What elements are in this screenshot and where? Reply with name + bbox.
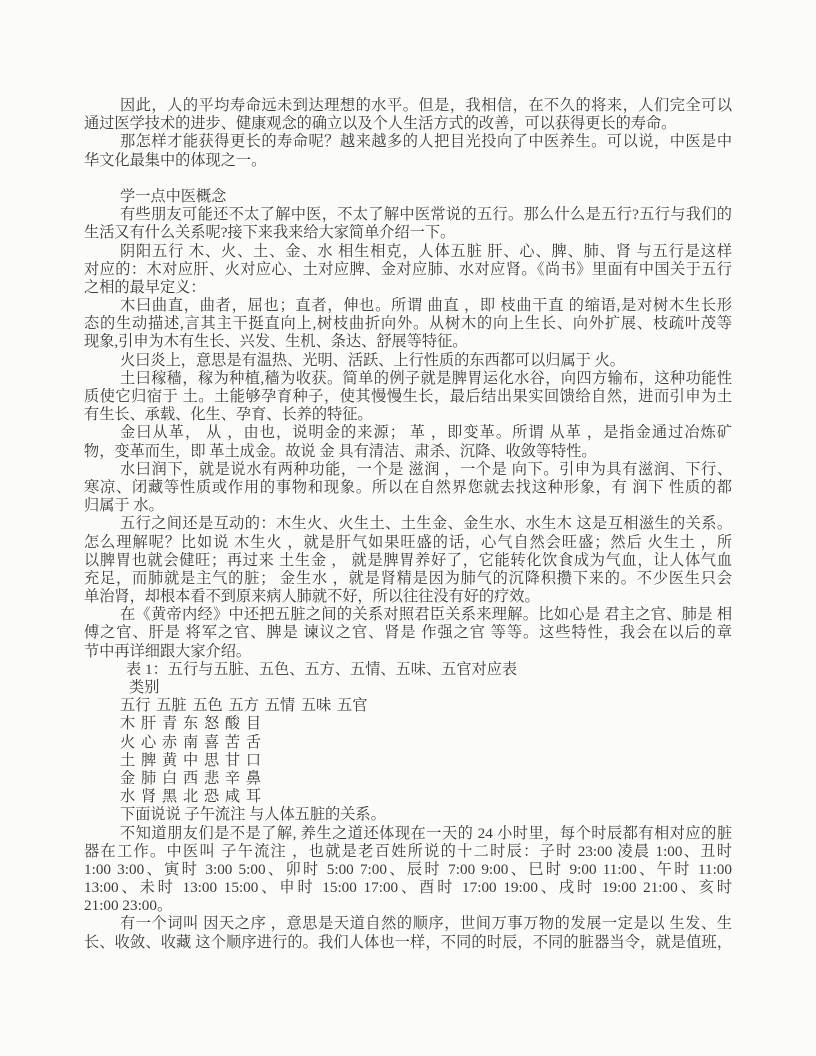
text-line: 火 心 赤 南 喜 苦 舌 <box>84 734 732 752</box>
text-line: 傅之官、肝是 将军之官、脾是 谏议之官、肾是 作强之官 等等。这些特性，我会在以… <box>84 624 732 642</box>
text-line: 因此，人的平均寿命远未到达理想的水平。但是，我相信，在不久的将来，人们完全可以 <box>84 97 732 115</box>
text-line: 五行之间还是互动的：木生火、火生土、土生金、金生水、水生木 这是互相滋生的关系。 <box>84 515 732 533</box>
text-line: 金曰从革， 从 ，由也，说明金的来源； 革 ，即变革。所谓 从革 ，是指金通过冶… <box>84 424 732 442</box>
text-line: 金 肺 白 西 悲 辛 鼻 <box>84 770 732 788</box>
text-line: 华文化最集中的体现之一。 <box>84 152 732 170</box>
text-line: 学一点中医概念 <box>84 188 732 206</box>
text-line: 长、收敛、收藏 这个顺序进行的。我们人体也一样，不同的时辰，不同的脏器当令，就是… <box>84 934 732 952</box>
text-line: 寒凉、闭藏等性质或作用的事物和现象。所以在自然界您就去找这种形象，有 润下 性质… <box>84 479 732 497</box>
text-line: 充足，而肺就是主气的脏； 金生水 ，就是肾精是因为肺气的沉降积攒下来的。不少医生… <box>84 570 732 588</box>
text-line: 态的生动描述,言其主干挺直向上,树枝曲折向外。从树木的向上生长、向外扩展、枝疏叶… <box>84 315 732 333</box>
text-line: 木曰曲直，曲者，屈也；直者，伸也。所谓 曲直 ，即 枝曲干直 的缩语,是对树木生… <box>84 297 732 315</box>
text-line: 有一个词叫 因天之序 ，意思是天道自然的顺序，世间万事万物的发展一定是以 生发、… <box>84 915 732 933</box>
text-line: 阴阳五行 木、火、土、金、水 相生相克，人体五脏 肝、心、脾、肺、肾 与五行是这… <box>84 243 732 261</box>
text-line: 表 1：五行与五脏、五色、五方、五情、五味、五官对应表 <box>84 661 732 679</box>
text-line: 生活又有什么关系呢?接下来我来给大家简单介绍一下。 <box>84 224 732 242</box>
text-line: 下面说说 子午流注 与人体五脏的关系。 <box>84 806 732 824</box>
text-line: 水 肾 黑 北 恐 咸 耳 <box>84 788 732 806</box>
text-line: 13:00、未时 13:00 15:00、申时 15:00 17:00、酉时 1… <box>84 879 732 897</box>
text-line: 通过医学技术的进步、健康观念的确立以及个人生活方式的改善，可以获得更长的寿命。 <box>84 115 732 133</box>
text-line: 有生长、承载、化生、孕育、长养的特征。 <box>84 406 732 424</box>
text-line: 不知道朋友们是不是了解, 养生之道还体现在一天的 24 小时里，每个时辰都有相对… <box>84 825 732 843</box>
text-line: 器在工作。中医叫 子午流注 ，也就是老百姓所说的十二时辰：子时 23:00 凌晨… <box>84 843 732 861</box>
text-line: 以脾胃也就会健旺；再过来 土生金 ， 就是脾胃养好了，它能转化饮食成为气血，让人… <box>84 552 732 570</box>
text-line: 类别 <box>84 679 732 697</box>
text-line: 土曰稼穑，稼为种植,穑为收获。简单的例子就是脾胃运化水谷，向四方输布，这种功能性 <box>84 370 732 388</box>
text-line: 物，变革而生，即 革土成金。故说 金 具有清洁、肃杀、沉降、收敛等特性。 <box>84 443 732 461</box>
text-line: 单治肾，却根本看不到原来病人肺就不好，所以往往没有好的疗效。 <box>84 588 732 606</box>
text-line: 归属于 水。 <box>84 497 732 515</box>
text-line: 五行 五脏 五色 五方 五情 五味 五官 <box>84 697 732 715</box>
text-line: 之相的最早定义： <box>84 279 732 297</box>
text-line: 质使它归宿于 土。土能够孕育种子，使其慢慢生长，最后结出果实回馈给自然，进而引申… <box>84 388 732 406</box>
text-line: 土 脾 黄 中 思 甘 口 <box>84 752 732 770</box>
text-line: 现象,引申为木有生长、兴发、生机、条达、舒展等特征。 <box>84 333 732 351</box>
text-line: 那怎样才能获得更长的寿命呢？越来越多的人把目光投向了中医养生。可以说，中医是中 <box>84 133 732 151</box>
document-body: 因此，人的平均寿命远未到达理想的水平。但是，我相信，在不久的将来，人们完全可以通… <box>84 97 732 952</box>
text-line: 火曰炎上，意思是有温热、光明、活跃、上行性质的东西都可以归属于 火。 <box>84 352 732 370</box>
text-line: 对应的：木对应肝、火对应心、土对应脾、金对应肺、水对应肾。《尚书》里面有中国关于… <box>84 261 732 279</box>
text-line: 21:00 23:00。 <box>84 897 732 915</box>
text-line: 怎么理解呢？比如说 木生火 ，就是肝气如果旺盛的话，心气自然会旺盛；然后 火生土… <box>84 534 732 552</box>
text-line: 有些朋友可能还不太了解中医，不太了解中医常说的五行。那么什么是五行?五行与我们的 <box>84 206 732 224</box>
document-page: 因此，人的平均寿命远未到达理想的水平。但是，我相信，在不久的将来，人们完全可以通… <box>0 0 816 1056</box>
text-line: 在《黄帝内经》中还把五脏之间的关系对照君臣关系来理解。比如心是 君主之官、肺是 … <box>84 606 732 624</box>
text-line: 水曰润下，就是说水有两种功能，一个是 滋润 ，一个是 向下。引申为具有滋润、下行… <box>84 461 732 479</box>
text-line: 木 肝 青 东 怒 酸 目 <box>84 715 732 733</box>
blank-line <box>84 170 732 188</box>
text-line: 节中再详细跟大家介绍。 <box>84 643 732 661</box>
text-line: 1:00 3:00、寅时 3:00 5:00、卯时 5:00 7:00、辰时 7… <box>84 861 732 879</box>
